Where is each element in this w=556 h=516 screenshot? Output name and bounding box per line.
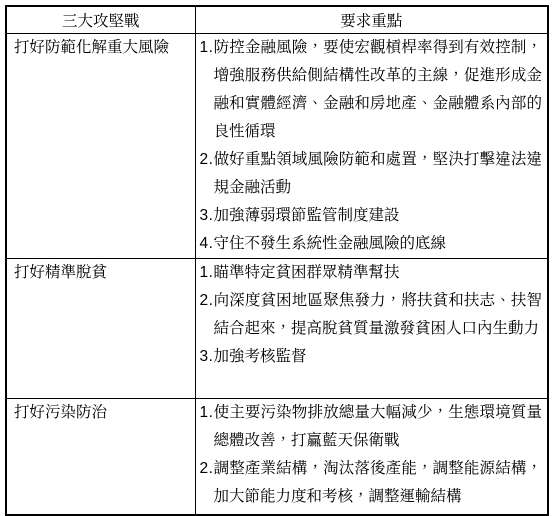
requirements-cell-pollution-control: 1.使主要污染物排放總量大幅減少，生態環境質量總體改善，打贏藍天保衛戰 2.調整… — [195, 399, 548, 515]
item-number: 2. — [200, 151, 214, 168]
requirements-cell-poverty-alleviation: 1.瞄準特定貧困群眾精準幫扶 2.向深度貧困地區聚焦發力，將扶貧和扶志、扶智結合… — [195, 259, 548, 399]
item-number: 2. — [200, 292, 214, 309]
three-battles-table: 三大攻堅戰 要求重點 打好防範化解重大風險 1.防控金融風險，要使宏觀槓桿率得到… — [5, 5, 549, 516]
table-row-pollution-control: 打好污染防治 1.使主要污染物排放總量大幅減少，生態環境質量總體改善，打贏藍天保… — [6, 399, 548, 515]
item-number: 2. — [200, 460, 214, 477]
requirement-item: 3.加強考核監督 — [200, 343, 543, 371]
item-number: 1. — [200, 264, 214, 281]
battle-name-poverty-alleviation: 打好精準脫貧 — [6, 259, 195, 399]
item-number: 1. — [200, 404, 214, 421]
column-header-requirements: 要求重點 — [195, 6, 548, 34]
item-text: 加強薄弱環節監管制度建設 — [213, 207, 399, 224]
table-row-risk-prevention: 打好防範化解重大風險 1.防控金融風險，要使宏觀槓桿率得到有效控制，增強服務供給… — [6, 34, 548, 259]
item-text: 向深度貧困地區聚焦發力，將扶貧和扶志、扶智結合起來，提高脫貧質量激發貧困人口內生… — [213, 292, 542, 337]
item-text: 調整產業結構，淘汰落後產能，調整能源結構，加大節能力度和考核，調整運輸結構 — [213, 460, 542, 505]
document-page: 三大攻堅戰 要求重點 打好防範化解重大風險 1.防控金融風險，要使宏觀槓桿率得到… — [0, 0, 556, 516]
header-row: 三大攻堅戰 要求重點 — [6, 6, 548, 34]
requirement-item: 1.使主要污染物排放總量大幅減少，生態環境質量總體改善，打贏藍天保衛戰 — [200, 399, 543, 455]
requirements-cell-risk-prevention: 1.防控金融風險，要使宏觀槓桿率得到有效控制，增強服務供給側結構性改革的主線，促… — [195, 34, 548, 259]
requirement-item: 1.防控金融風險，要使宏觀槓桿率得到有效控制，增強服務供給側結構性改革的主線，促… — [200, 34, 543, 146]
requirement-item: 2.做好重點領域風險防範和處置，堅決打擊違法違規金融活動 — [200, 146, 543, 202]
item-text: 瞄準特定貧困群眾精準幫扶 — [213, 264, 399, 281]
requirement-item: 4.守住不發生系統性金融風險的底線 — [200, 230, 543, 258]
column-header-battles: 三大攻堅戰 — [6, 6, 195, 34]
item-text: 加強考核監督 — [213, 348, 306, 365]
battle-name-risk-prevention: 打好防範化解重大風險 — [6, 34, 195, 259]
item-text: 守住不發生系統性金融風險的底線 — [213, 235, 446, 252]
item-number: 3. — [200, 348, 214, 365]
item-number: 4. — [200, 235, 214, 252]
requirement-item: 3.加強薄弱環節監管制度建設 — [200, 202, 543, 230]
item-text: 做好重點領域風險防範和處置，堅決打擊違法違規金融活動 — [213, 151, 542, 196]
item-text: 防控金融風險，要使宏觀槓桿率得到有效控制，增強服務供給側結構性改革的主線，促進形… — [213, 39, 542, 140]
requirement-item: 1.瞄準特定貧困群眾精準幫扶 — [200, 259, 543, 287]
requirement-item: 2.向深度貧困地區聚焦發力，將扶貧和扶志、扶智結合起來，提高脫貧質量激發貧困人口… — [200, 287, 543, 343]
table-row-poverty-alleviation: 打好精準脫貧 1.瞄準特定貧困群眾精準幫扶 2.向深度貧困地區聚焦發力，將扶貧和… — [6, 259, 548, 399]
battle-name-pollution-control: 打好污染防治 — [6, 399, 195, 515]
item-number: 3. — [200, 207, 214, 224]
item-number: 1. — [200, 39, 214, 56]
requirement-item: 2.調整產業結構，淘汰落後產能，調整能源結構，加大節能力度和考核，調整運輸結構 — [200, 455, 543, 511]
item-text: 使主要污染物排放總量大幅減少，生態環境質量總體改善，打贏藍天保衛戰 — [213, 404, 542, 449]
